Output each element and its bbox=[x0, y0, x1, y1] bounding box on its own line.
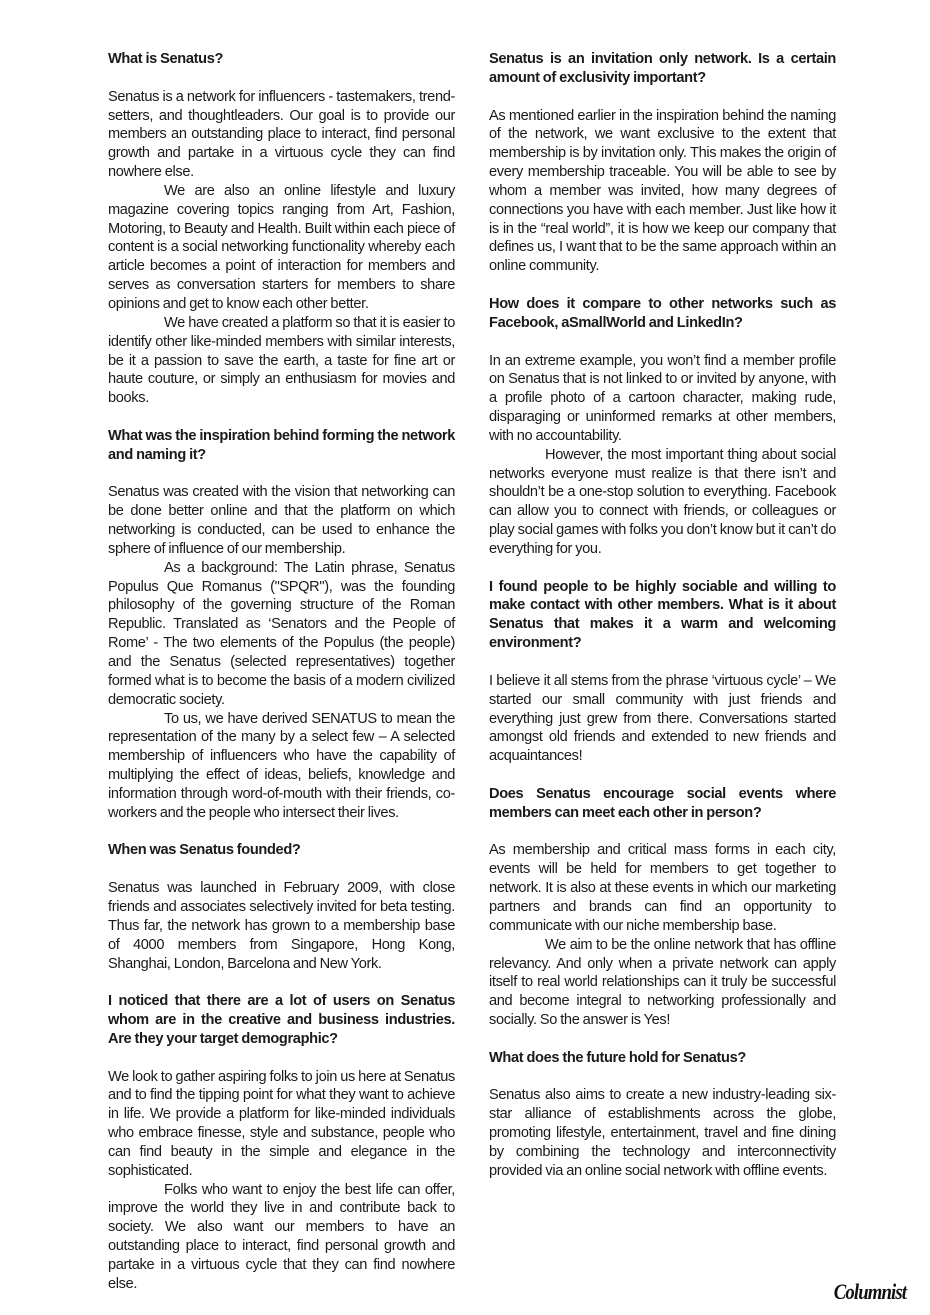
question-heading: I found people to be highly sociable and… bbox=[489, 578, 836, 653]
question-heading: Does Senatus encourage social events whe… bbox=[489, 785, 836, 823]
qa-compare-networks: How does it compare to other networks su… bbox=[489, 295, 836, 559]
qa-future: What does the future hold for Senatus? S… bbox=[489, 1049, 836, 1181]
answer-paragraph: As a background: The Latin phrase, Senat… bbox=[108, 559, 455, 710]
question-heading: How does it compare to other networks su… bbox=[489, 295, 836, 333]
right-column: Senatus is an invitation only network. I… bbox=[489, 50, 836, 1199]
answer-paragraph: Senatus was created with the vision that… bbox=[108, 483, 455, 558]
answer-paragraph: However, the most important thing about … bbox=[489, 446, 836, 559]
answer-paragraph: We are also an online lifestyle and luxu… bbox=[108, 182, 455, 314]
answer-paragraph: Folks who want to enjoy the best life ca… bbox=[108, 1181, 455, 1294]
question-heading: When was Senatus founded? bbox=[108, 841, 455, 860]
answer-paragraph: Senatus also aims to create a new indust… bbox=[489, 1086, 836, 1180]
qa-target-demographic: I noticed that there are a lot of users … bbox=[108, 992, 455, 1294]
qa-social-events: Does Senatus encourage social events whe… bbox=[489, 785, 836, 1030]
columnist-logo: Columnist bbox=[834, 1279, 906, 1305]
question-heading: Senatus is an invitation only network. I… bbox=[489, 50, 836, 88]
question-heading: What does the future hold for Senatus? bbox=[489, 1049, 836, 1068]
answer-paragraph: We look to gather aspiring folks to join… bbox=[108, 1068, 455, 1181]
answer-paragraph: We aim to be the online network that has… bbox=[489, 936, 836, 1030]
left-column: What is Senatus? Senatus is a network fo… bbox=[108, 50, 455, 1313]
question-heading: I noticed that there are a lot of users … bbox=[108, 992, 455, 1049]
answer-paragraph: As mentioned earlier in the inspiration … bbox=[489, 107, 836, 277]
answer-paragraph: We have created a platform so that it is… bbox=[108, 314, 455, 408]
qa-founded: When was Senatus founded? Senatus was la… bbox=[108, 841, 455, 973]
qa-inspiration: What was the inspiration behind forming … bbox=[108, 427, 455, 823]
question-heading: What was the inspiration behind forming … bbox=[108, 427, 455, 465]
answer-paragraph: Senatus was launched in February 2009, w… bbox=[108, 879, 455, 973]
answer-paragraph: In an extreme example, you won’t find a … bbox=[489, 352, 836, 446]
qa-welcoming-environment: I found people to be highly sociable and… bbox=[489, 578, 836, 766]
answer-paragraph: Senatus is a network for influencers - t… bbox=[108, 88, 455, 182]
answer-paragraph: I believe it all stems from the phrase ‘… bbox=[489, 672, 836, 766]
qa-what-is-senatus: What is Senatus? Senatus is a network fo… bbox=[108, 50, 455, 408]
question-heading: What is Senatus? bbox=[108, 50, 455, 69]
answer-paragraph: As membership and critical mass forms in… bbox=[489, 841, 836, 935]
answer-paragraph: To us, we have derived SENATUS to mean t… bbox=[108, 710, 455, 823]
qa-exclusivity: Senatus is an invitation only network. I… bbox=[489, 50, 836, 276]
